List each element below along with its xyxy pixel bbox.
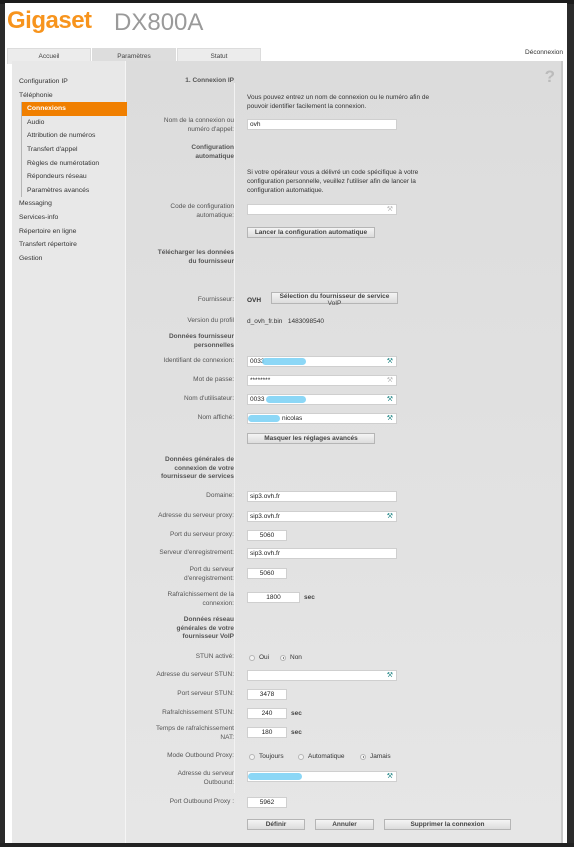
label-line: connexion de votre: [161, 465, 234, 474]
proxy-port-label: Port du serveur proxy:: [170, 531, 234, 540]
radio-circle[interactable]: [280, 655, 286, 661]
label-line: Configuration: [191, 144, 234, 153]
define-button[interactable]: Définir: [247, 819, 305, 830]
sidebar-item-messaging[interactable]: Messaging: [19, 197, 127, 211]
sidebar-item-gestion[interactable]: Gestion: [19, 252, 127, 266]
autoconf-section-title: Configurationautomatique: [191, 144, 234, 161]
sidebar-item-transfert-repertoire[interactable]: Transfert répertoire: [19, 238, 127, 252]
label-line: Rafraîchissement de la: [168, 591, 234, 600]
refresh-label: Rafraîchissement de laconnexion:: [168, 591, 234, 608]
wrench-icon[interactable]: ⚒: [387, 671, 393, 680]
sidebar-submenu-telephonie: Connexions Audio Attribution de numéros …: [21, 102, 127, 197]
intro-text: Vous pouvez entrez un nom de connexion o…: [247, 93, 429, 111]
outbound-jamais-radio[interactable]: Jamais: [360, 753, 391, 760]
domain-input[interactable]: sip3.ovh.fr: [247, 491, 397, 502]
label-line: générales de votre: [177, 625, 234, 634]
registrar-input[interactable]: sip3.ovh.fr: [247, 548, 397, 559]
page-title: 1. Connexion IP: [185, 77, 234, 86]
stun-refresh-input[interactable]: 240: [247, 708, 287, 719]
sidebar-subitem-transfert-appel[interactable]: Transfert d'appel: [22, 143, 127, 157]
radio-circle[interactable]: [360, 754, 366, 760]
autoconf-code-input[interactable]: ⚒: [247, 204, 397, 215]
label-line: automatique:: [170, 212, 234, 221]
label-line: Données réseau: [177, 616, 234, 625]
registrar-port-input[interactable]: 5060: [247, 568, 287, 579]
stun-refresh-label: Rafraîchissement STUN:: [162, 709, 234, 718]
input-value: sip3.ovh.fr: [250, 513, 280, 520]
provider-label: Fournisseur:: [198, 296, 234, 305]
password-label: Mot de passe:: [193, 376, 234, 385]
connection-form: ? 1. Connexion IP Vous pouvez entrez un …: [125, 61, 561, 843]
label-line: d'enregistrement:: [184, 575, 234, 584]
outbound-automatique-radio[interactable]: Automatique: [298, 753, 345, 760]
stun-addr-label: Adresse du serveur STUN:: [156, 671, 234, 680]
profile-version-value: d_ovh_fr.bin 1483098540: [247, 317, 324, 326]
wrench-icon[interactable]: ⚒: [387, 395, 393, 404]
personal-section-title: Données fournisseurpersonnelles: [169, 333, 234, 350]
sidebar-subitem-regles[interactable]: Règles de numérotation: [22, 157, 127, 171]
refresh-input[interactable]: 1800: [247, 592, 300, 603]
conn-name-input[interactable]: ovh: [247, 119, 397, 130]
radio-label: Jamais: [370, 753, 391, 760]
web-page: Gigaset DX800A Accueil Paramètres Statut…: [5, 3, 567, 843]
redacted-blur: [262, 358, 306, 365]
display-name-input[interactable]: nicolas⚒: [247, 413, 397, 424]
network-section-title: Données réseaugénérales de votrefourniss…: [177, 616, 234, 642]
username-input[interactable]: 0033⚒: [247, 394, 397, 405]
column-divider: [234, 83, 235, 793]
wrench-icon[interactable]: ⚒: [387, 512, 393, 521]
stun-enabled-label: STUN activé:: [196, 653, 234, 662]
profile-file: d_ovh_fr.bin: [247, 318, 282, 325]
stun-port-input[interactable]: 3478: [247, 689, 287, 700]
domain-label: Domaine:: [206, 492, 234, 501]
outbound-addr-label: Adresse du serveurOutbound:: [178, 770, 234, 787]
provider-value: OVH: [247, 296, 261, 305]
registrar-label: Serveur d'enregistrement:: [159, 549, 234, 558]
sidebar-subitem-repondeurs[interactable]: Répondeurs réseau: [22, 170, 127, 184]
sidebar-subitem-avances[interactable]: Paramètres avancés: [22, 184, 127, 198]
nat-input[interactable]: 180: [247, 727, 287, 738]
help-line: Si votre opérateur vous a délivré un cod…: [247, 168, 418, 177]
brand-logo: Gigaset: [7, 7, 92, 35]
label-line: Nom de la connexion ou: [164, 117, 234, 126]
window-bottom-edge: [0, 843, 574, 847]
label-line: du fournisseur: [158, 258, 234, 267]
sidebar-nav: Configuration IP Téléphonie Connexions A…: [19, 75, 127, 265]
label-line: automatique: [191, 153, 234, 162]
label-line: Télécharger les données: [158, 249, 234, 258]
stun-addr-input[interactable]: ⚒: [247, 670, 397, 681]
stun-port-label: Port serveur STUN:: [177, 690, 234, 699]
radio-circle[interactable]: [298, 754, 304, 760]
radio-circle[interactable]: [249, 655, 255, 661]
general-section-title: Données générales deconnexion de votrefo…: [161, 456, 234, 482]
redacted-blur: [248, 773, 302, 780]
hide-advanced-button[interactable]: Masquer les réglages avancés: [247, 433, 375, 444]
download-section-title: Télécharger les donnéesdu fournisseur: [158, 249, 234, 266]
label-line: fournisseur de services: [161, 473, 234, 482]
login-label: Identifiant de connexion:: [164, 357, 234, 366]
outbound-port-label: Port Outbound Proxy :: [170, 798, 234, 807]
radio-label: Automatique: [308, 753, 345, 760]
proxy-port-input[interactable]: 5060: [247, 530, 287, 541]
device-model: DX800A: [114, 9, 203, 37]
logout-link[interactable]: Déconnexion: [525, 49, 563, 56]
label-line: Code de configuration: [170, 203, 234, 212]
outbound-addr-input[interactable]: ⚒: [247, 771, 397, 782]
nat-unit: sec: [291, 729, 302, 736]
delete-connection-button[interactable]: Supprimer la connexion: [384, 819, 511, 830]
label-line: fournisseur VoIP: [177, 633, 234, 642]
profile-version: 1483098540: [288, 318, 324, 325]
sidebar-item-services-info[interactable]: Services-info: [19, 211, 127, 225]
refresh-unit: sec: [304, 594, 315, 601]
label-line: numéro d'appel:: [164, 126, 234, 135]
conn-name-label: Nom de la connexion ounuméro d'appel:: [164, 117, 234, 134]
label-line: NAT:: [156, 734, 234, 743]
label-line: Temps de rafraîchissement: [156, 725, 234, 734]
label-line: connexion:: [168, 600, 234, 609]
sidebar-subitem-audio[interactable]: Audio: [22, 116, 127, 130]
redacted-blur: [248, 415, 280, 422]
proxy-input[interactable]: sip3.ovh.fr⚒: [247, 511, 397, 522]
sidebar-item-telephonie[interactable]: Téléphonie: [19, 89, 127, 103]
radio-label: Oui: [259, 654, 269, 661]
cancel-button[interactable]: Annuler: [315, 819, 374, 830]
help-line: configuration personnelle, veuillez l'ut…: [247, 177, 418, 186]
label-line: Adresse du serveur: [178, 770, 234, 779]
sidebar-item-repertoire[interactable]: Répertoire en ligne: [19, 225, 127, 239]
login-input[interactable]: 0033⚒: [247, 356, 397, 367]
radio-label: Non: [290, 654, 302, 661]
wrench-icon[interactable]: ⚒: [387, 357, 393, 366]
radio-circle[interactable]: [249, 754, 255, 760]
wrench-icon[interactable]: ⚒: [387, 414, 393, 423]
profile-version-label: Version du profil: [187, 317, 234, 326]
nat-label: Temps de rafraîchissementNAT:: [156, 725, 234, 742]
intro-line: Vous pouvez entrez un nom de connexion o…: [247, 93, 429, 102]
help-line: configuration automatique.: [247, 186, 418, 195]
label-line: Outbound:: [178, 779, 234, 788]
wrench-icon[interactable]: ⚒: [387, 376, 393, 385]
password-input[interactable]: ********⚒: [247, 375, 397, 386]
sidebar-item-configuration-ip[interactable]: Configuration IP: [19, 75, 127, 89]
stun-oui-radio[interactable]: Oui: [249, 654, 269, 661]
intro-line: pouvoir identifier facilement la connexi…: [247, 102, 429, 111]
sidebar-subitem-connexions[interactable]: Connexions: [22, 102, 127, 116]
username-label: Nom d'utilisateur:: [184, 395, 234, 404]
stun-refresh-unit: sec: [291, 710, 302, 717]
autoconf-code-label: Code de configurationautomatique:: [170, 203, 234, 220]
proxy-label: Adresse du serveur proxy:: [158, 512, 234, 521]
stun-non-radio[interactable]: Non: [280, 654, 302, 661]
display-name-label: Nom affiché:: [198, 414, 234, 423]
sidebar: Configuration IP Téléphonie Connexions A…: [12, 61, 126, 843]
label-line: Port du serveur: [184, 566, 234, 575]
select-provider-button[interactable]: Sélection du fournisseur de serviceVoIP: [271, 292, 398, 304]
outbound-port-input[interactable]: 5962: [247, 797, 287, 808]
sidebar-subitem-attribution[interactable]: Attribution de numéros: [22, 129, 127, 143]
radio-label: Toujours: [259, 753, 284, 760]
input-value: ********: [250, 377, 270, 384]
label-line: personnelles: [169, 342, 234, 351]
label-line: Données générales de: [161, 456, 234, 465]
wrench-icon[interactable]: ⚒: [387, 772, 393, 781]
input-value: nicolas: [282, 415, 302, 422]
outbound-toujours-radio[interactable]: Toujours: [249, 753, 284, 760]
help-icon[interactable]: ?: [545, 67, 555, 87]
autoconf-help-text: Si votre opérateur vous a délivré un cod…: [247, 168, 418, 195]
launch-autoconf-button[interactable]: Lancer la configuration automatique: [247, 227, 375, 238]
outbound-mode-label: Mode Outbound Proxy:: [167, 752, 234, 761]
redacted-blur: [266, 396, 306, 403]
wrench-icon[interactable]: ⚒: [387, 205, 393, 214]
registrar-port-label: Port du serveurd'enregistrement:: [184, 566, 234, 583]
button-line: VoIP: [272, 301, 397, 308]
content-panel: Configuration IP Téléphonie Connexions A…: [12, 61, 563, 843]
input-value: 0033: [250, 396, 264, 403]
label-line: Données fournisseur: [169, 333, 234, 342]
